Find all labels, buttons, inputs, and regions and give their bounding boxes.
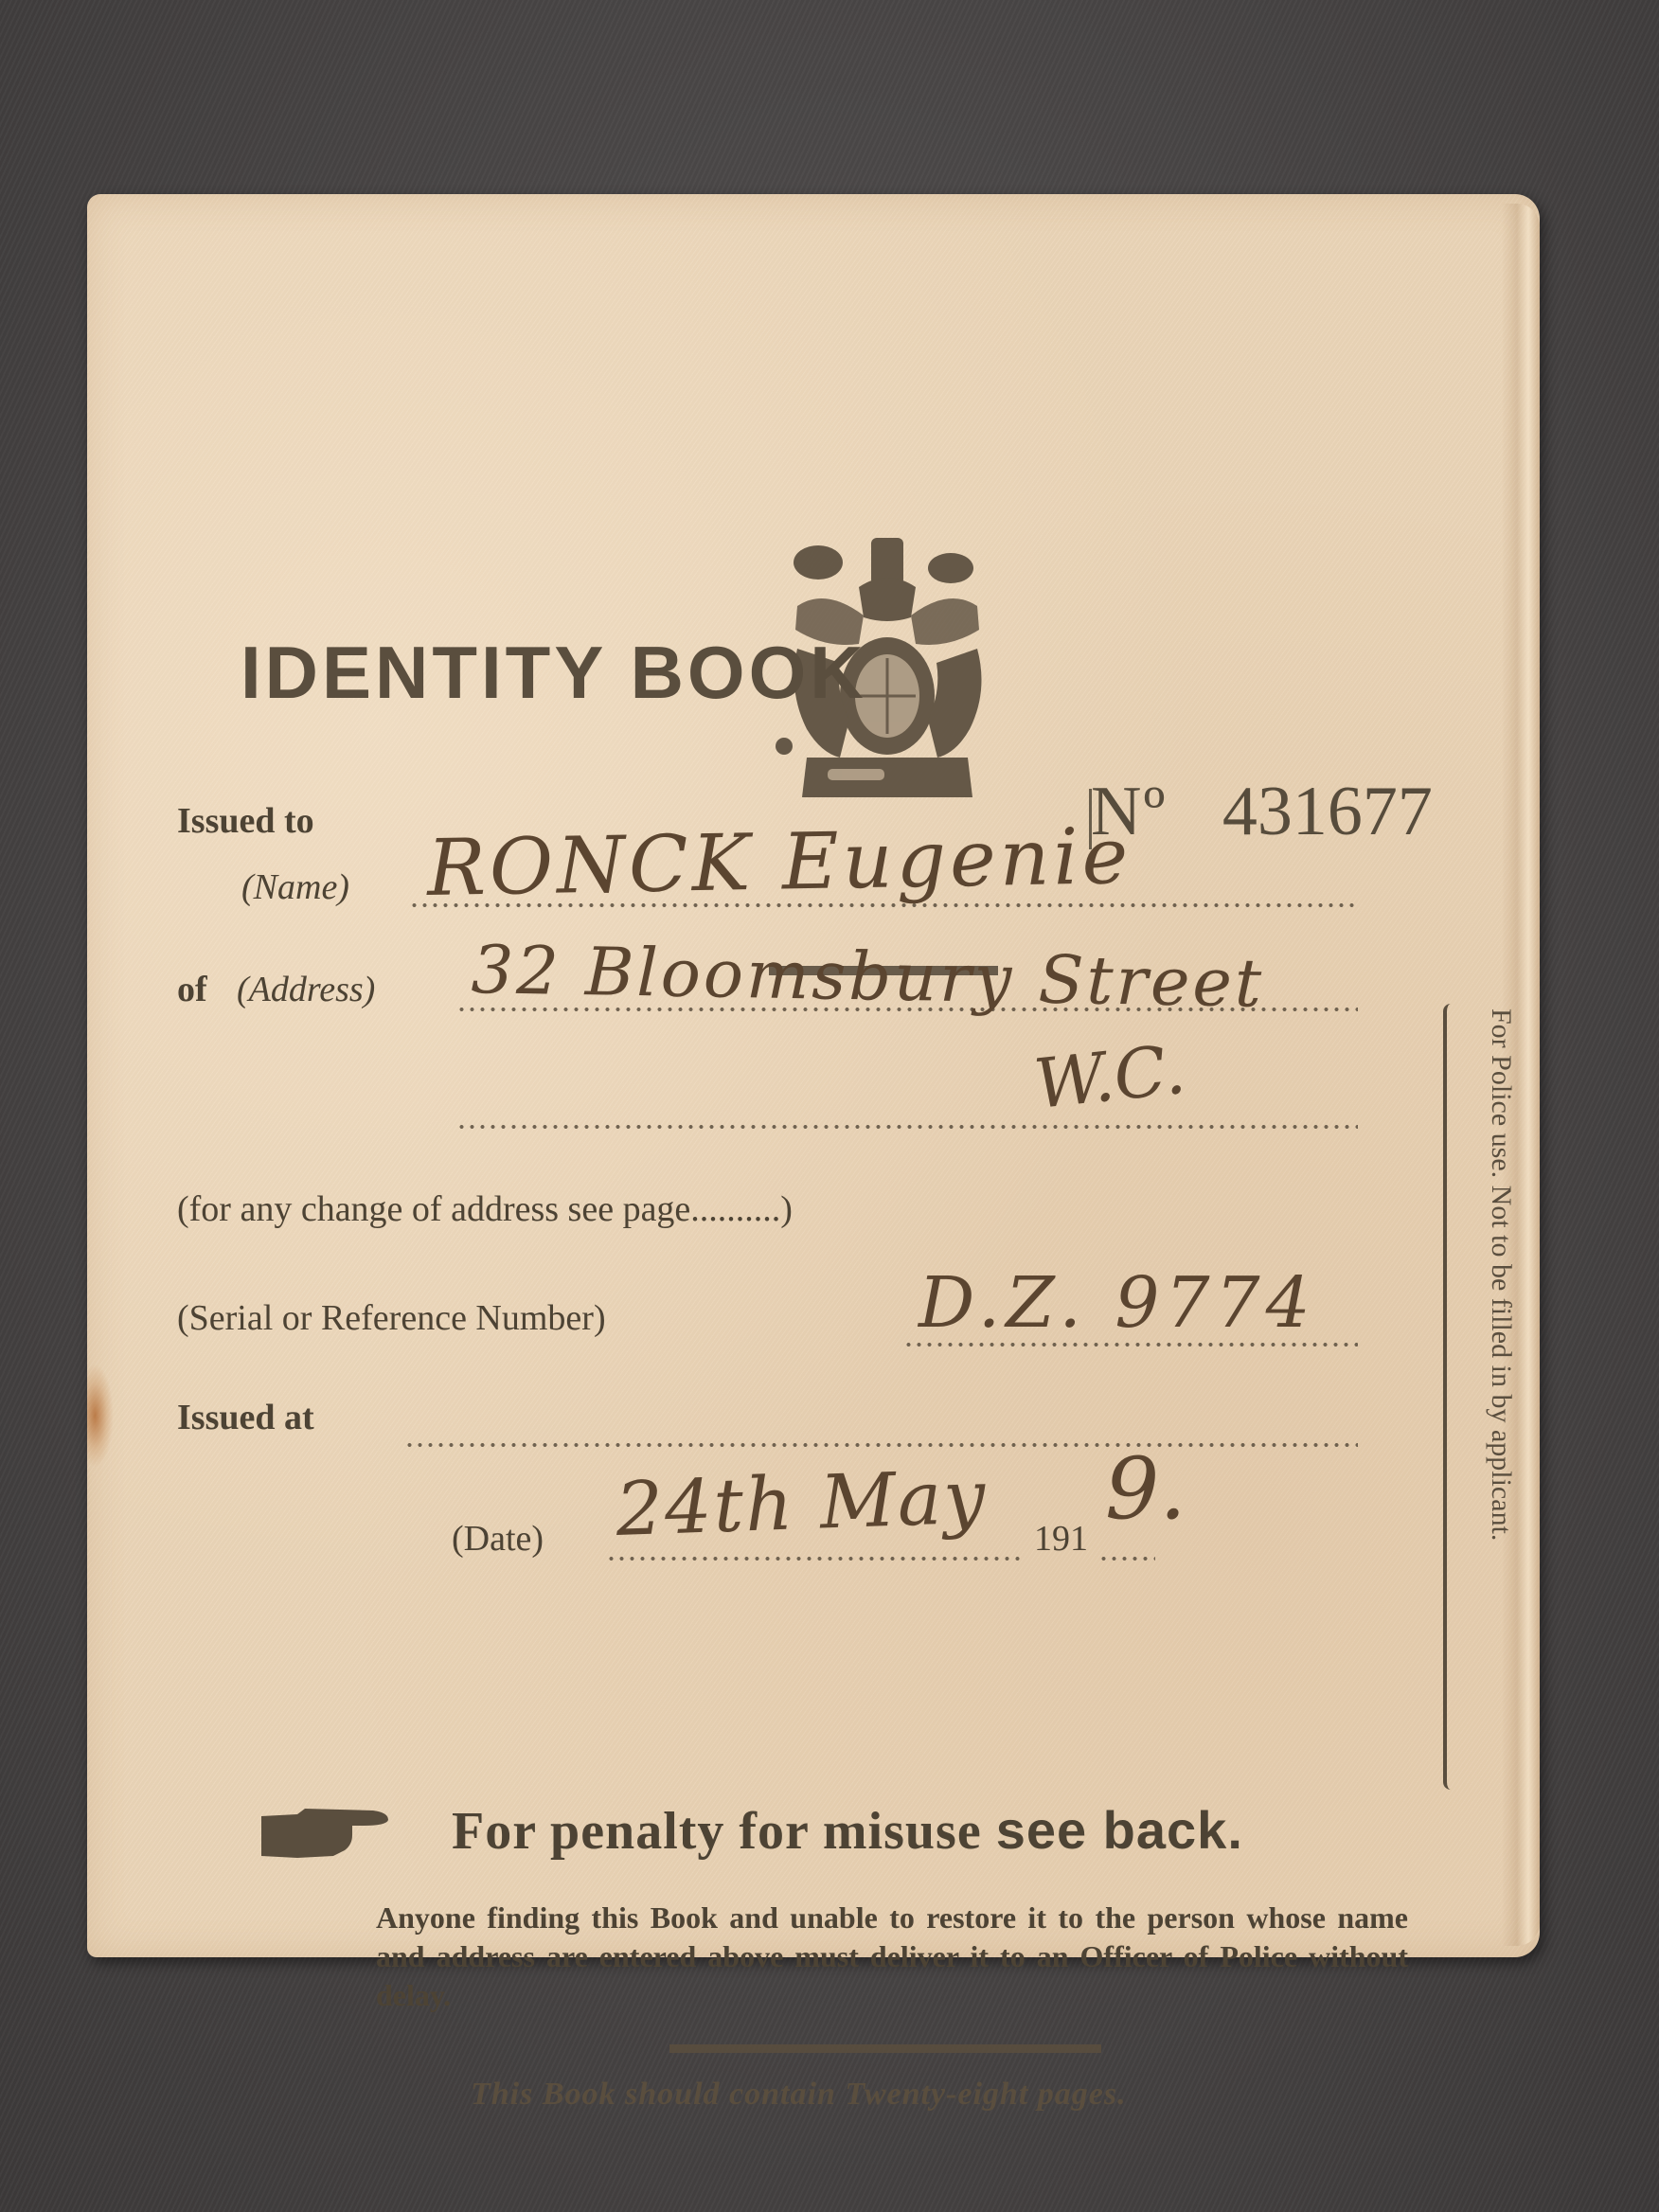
name-label-text: (Name): [241, 867, 349, 907]
address-prefix: of: [177, 969, 207, 1010]
name-label: (Name): [241, 866, 349, 908]
police-use-note: For Police use. Not to be filled in by a…: [1479, 1008, 1517, 1785]
address-dotted-line-2: [456, 1124, 1358, 1130]
date-year-dotted-line: [1098, 1556, 1155, 1561]
pointing-hand-icon: [259, 1807, 392, 1862]
police-use-brace: [1443, 1004, 1456, 1790]
date-year-suffix[interactable]: 9.: [1105, 1439, 1186, 1539]
change-of-address-note: (for any change of address see page.....…: [177, 1188, 793, 1230]
date-label: (Date): [452, 1518, 544, 1560]
address-label-text: (Address): [237, 970, 375, 1009]
date-day-month[interactable]: 24th May: [615, 1454, 989, 1553]
issued-at-dotted-line: [404, 1442, 1358, 1448]
rust-stain: [87, 1364, 114, 1468]
finder-instructions: Anyone finding this Book and unable to r…: [376, 1899, 1408, 2015]
page-count-note: This Book should contain Twenty-eight pa…: [471, 2077, 1127, 2113]
issued-to-label: Issued to: [177, 800, 314, 842]
date-dotted-line: [606, 1556, 1023, 1561]
serial-number-value: 431677: [1222, 773, 1433, 850]
penalty-notice: For penalty for misuse see back.: [452, 1799, 1243, 1862]
serial-number: Nº 431677: [1091, 772, 1433, 852]
name-value[interactable]: RONCK Eugenie: [426, 812, 1133, 914]
serial-reference-value[interactable]: D.Z. 9774: [919, 1262, 1316, 1344]
footer-divider: [669, 2044, 1101, 2053]
issued-at-label: Issued at: [177, 1397, 314, 1438]
date-year-prefix: 191: [1034, 1518, 1088, 1560]
serial-reference-label: (Serial or Reference Number): [177, 1297, 606, 1339]
penalty-text: For penalty for misuse: [452, 1802, 996, 1861]
address-label: (Address): [237, 969, 375, 1010]
address-line-1[interactable]: 32 Bloomsbury Street: [471, 931, 1265, 1023]
document-title: IDENTITY BOOK: [241, 630, 867, 716]
see-back-text: see back.: [996, 1800, 1243, 1860]
identity-booklet: IDENTITY BOOK Nº 431677 Issued to (Name)…: [87, 194, 1540, 1957]
address-line-2[interactable]: W.C.: [1030, 1029, 1189, 1124]
